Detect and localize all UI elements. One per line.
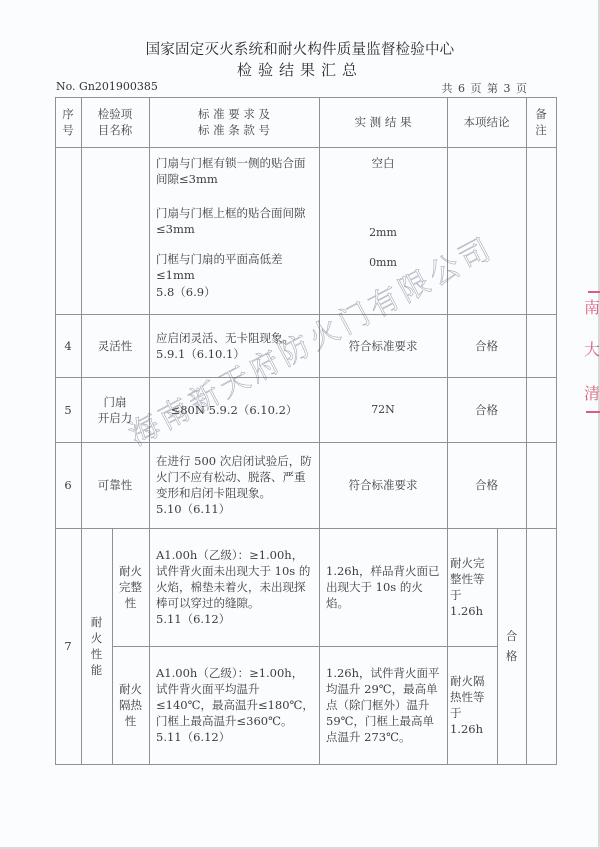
grid-line — [556, 97, 557, 764]
requirement-text: 应启闭灵活、无卡阻现象。 — [156, 330, 294, 346]
clause-text: 5.11（6.12） — [156, 611, 314, 627]
subitem-integrity: 耐火 完整 性 — [112, 528, 149, 646]
requirement-text: A1.00h（乙级）：≥1.00h，试件背火面平均温升≤140℃，最高温升≤18… — [149, 646, 319, 764]
row-item-char: 性 — [91, 646, 103, 662]
seal-char: 大 — [584, 337, 600, 360]
requirement-text: 在进行 500 次启闭试验后，防火门不应有松动、脱落、严重变形和启闭卡阻现象。 — [156, 453, 314, 501]
row-item: 灵活性 — [81, 314, 149, 377]
result-text: 1.26h，试件背火面平均温升 29℃，最高单点（除门框外）温升 59℃，门框上… — [319, 646, 447, 764]
grid-line — [55, 764, 557, 765]
subitem-line: 性 — [125, 595, 137, 611]
result-text: 1.26h，样品背火面已出现大于 10s 的火焰。 — [319, 528, 447, 646]
requirement-text: 门扇与门框上框的贴合面间隙≤3mm — [149, 205, 319, 241]
subitem-line: 耐火 — [119, 563, 142, 579]
row-item-char: 耐 — [91, 614, 103, 630]
row-item-line: 开启力 — [98, 410, 133, 426]
grid-line — [55, 147, 557, 148]
institution-title: 国家固定灭火系统和耐火构件质量监督检验中心 — [0, 38, 600, 59]
requirement-text: 门框与门扇的平面高低差≤1mm — [149, 251, 319, 287]
result-text: 72N — [319, 377, 447, 442]
seal-char: 南 — [584, 295, 600, 318]
result-text: 0mm — [319, 251, 447, 275]
row-item: 耐 火 性 能 — [81, 528, 112, 764]
header-seq-line: 号 — [62, 122, 74, 138]
row-seq: 4 — [55, 314, 81, 377]
seal-bar — [586, 411, 600, 413]
result-text: 符合标准要求 — [319, 314, 447, 377]
requirement-text: ≤80N 5.9.2（6.10.2） — [149, 377, 319, 442]
header-item-line: 目名称 — [98, 122, 133, 138]
requirement-text: 门扇与门框有锁一侧的贴合面间隙≤3mm — [149, 155, 319, 191]
clause-text: 5.10（6.11） — [156, 501, 314, 517]
clause-text: 5.8（6.9） — [149, 283, 319, 301]
sub-conclusion-text: 耐火完整性等于 1.26h — [447, 528, 497, 646]
seal-bar — [588, 291, 600, 293]
result-text: 2mm — [319, 205, 447, 241]
header-seq-line: 序 — [62, 106, 74, 122]
clause-text: 5.9.1（6.10.1） — [156, 346, 294, 362]
red-seal-fragment: 南 大 清 — [578, 285, 600, 415]
result-text: 空白 — [319, 155, 447, 191]
requirement-cell: 在进行 500 次启闭试验后，防火门不应有松动、脱落、严重变形和启闭卡阻现象。 … — [149, 442, 319, 528]
conclusion-text: 合格 — [447, 377, 526, 442]
header-result: 实 测 结 果 — [319, 97, 447, 147]
grid-line — [526, 97, 527, 764]
conclusion-text: 合格 — [447, 442, 526, 528]
requirement-cell: 应启闭灵活、无卡阻现象。 5.9.1（6.10.1） — [149, 314, 319, 377]
requirement-text: A1.00h（乙级）：≥1.00h，试件背火面未出现大于 10s 的火焰，棉垫未… — [156, 547, 314, 611]
page-count: 共 6 页 第 3 页 — [442, 80, 528, 96]
requirement-cell: A1.00h（乙级）：≥1.00h，试件背火面未出现大于 10s 的火焰，棉垫未… — [149, 528, 319, 646]
header-standard: 标 准 要 求 及 标 准 条 款 号 — [149, 97, 319, 147]
subitem-line: 耐火 — [119, 681, 142, 697]
row-item-char: 火 — [91, 630, 103, 646]
header-remark: 备 注 — [526, 97, 556, 147]
row-item-char: 能 — [91, 662, 103, 678]
document-title: 检验结果汇总 — [0, 59, 600, 80]
header-standard-line: 标 准 要 求 及 — [198, 106, 270, 122]
row-seq: 5 — [55, 377, 81, 442]
header-seq: 序 号 — [55, 97, 81, 147]
header-conclusion: 本项结论 — [447, 97, 526, 147]
header-conclusion-label: 本项结论 — [464, 114, 510, 130]
header-item-line: 检验项 — [98, 106, 133, 122]
row-item-line: 门扇 — [104, 394, 127, 410]
header-remark-line: 备 — [535, 106, 547, 122]
report-number: No. Gn201900385 — [56, 80, 158, 93]
conclusion-text: 合格 — [497, 528, 526, 764]
subitem-line: 隔热 — [119, 697, 142, 713]
seal-char: 清 — [584, 381, 600, 404]
header-remark-line: 注 — [535, 122, 547, 138]
conclusion-text: 合格 — [447, 314, 526, 377]
header-item: 检验项 目名称 — [81, 97, 149, 147]
header-standard-line: 标 准 条 款 号 — [198, 122, 270, 138]
subitem-line: 完整 — [119, 579, 142, 595]
row-seq: 6 — [55, 442, 81, 528]
sub-conclusion-text: 耐火隔热性等于 1.26h — [447, 646, 497, 764]
row-item: 可靠性 — [81, 442, 149, 528]
results-table: 序 号 检验项 目名称 标 准 要 求 及 标 准 条 款 号 实 测 结 果 … — [55, 97, 557, 764]
subitem-line: 性 — [125, 713, 137, 729]
subitem-insulation: 耐火 隔热 性 — [112, 646, 149, 764]
row-item: 门扇 开启力 — [81, 377, 149, 442]
header-result-label: 实 测 结 果 — [355, 114, 412, 130]
row-seq: 7 — [55, 528, 81, 764]
result-text: 符合标准要求 — [319, 442, 447, 528]
